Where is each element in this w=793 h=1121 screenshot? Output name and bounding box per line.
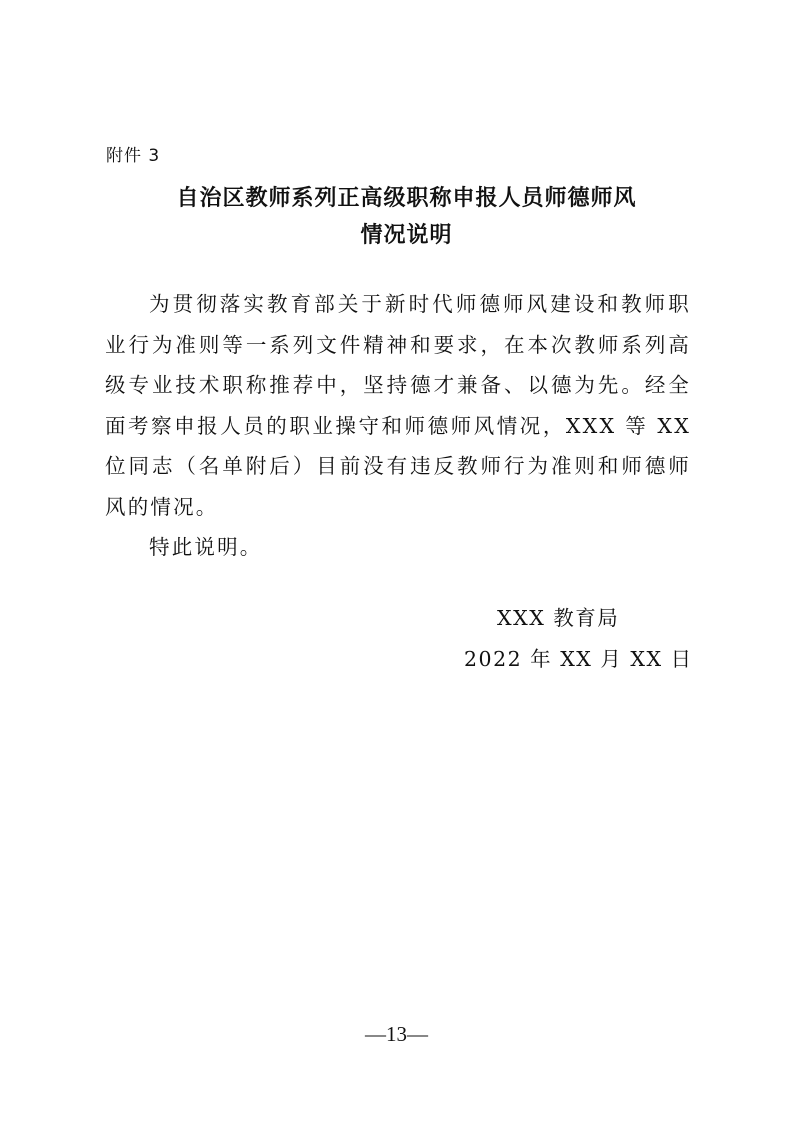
document-title-line1: 自治区教师系列正高级职称申报人员师德师风 <box>10 181 793 212</box>
signature-date: 2022 年 XX 月 XX 日 <box>464 642 693 672</box>
signature-organization: XXX 教育局 <box>497 601 619 631</box>
document-title-line2: 情况说明 <box>10 218 793 249</box>
body-paragraph-closing: 特此说明。 <box>105 527 691 568</box>
document-page: 附件 3 自治区教师系列正高级职称申报人员师德师风 情况说明 为贯彻落实教育部关… <box>0 0 793 1121</box>
document-body: 为贯彻落实教育部关于新时代师德师风建设和教师职业行为准则等一系列文件精神和要求，… <box>105 284 691 568</box>
page-number: —13— <box>0 1022 793 1047</box>
attachment-label: 附件 3 <box>106 141 160 166</box>
body-paragraph: 为贯彻落实教育部关于新时代师德师风建设和教师职业行为准则等一系列文件精神和要求，… <box>105 284 691 527</box>
